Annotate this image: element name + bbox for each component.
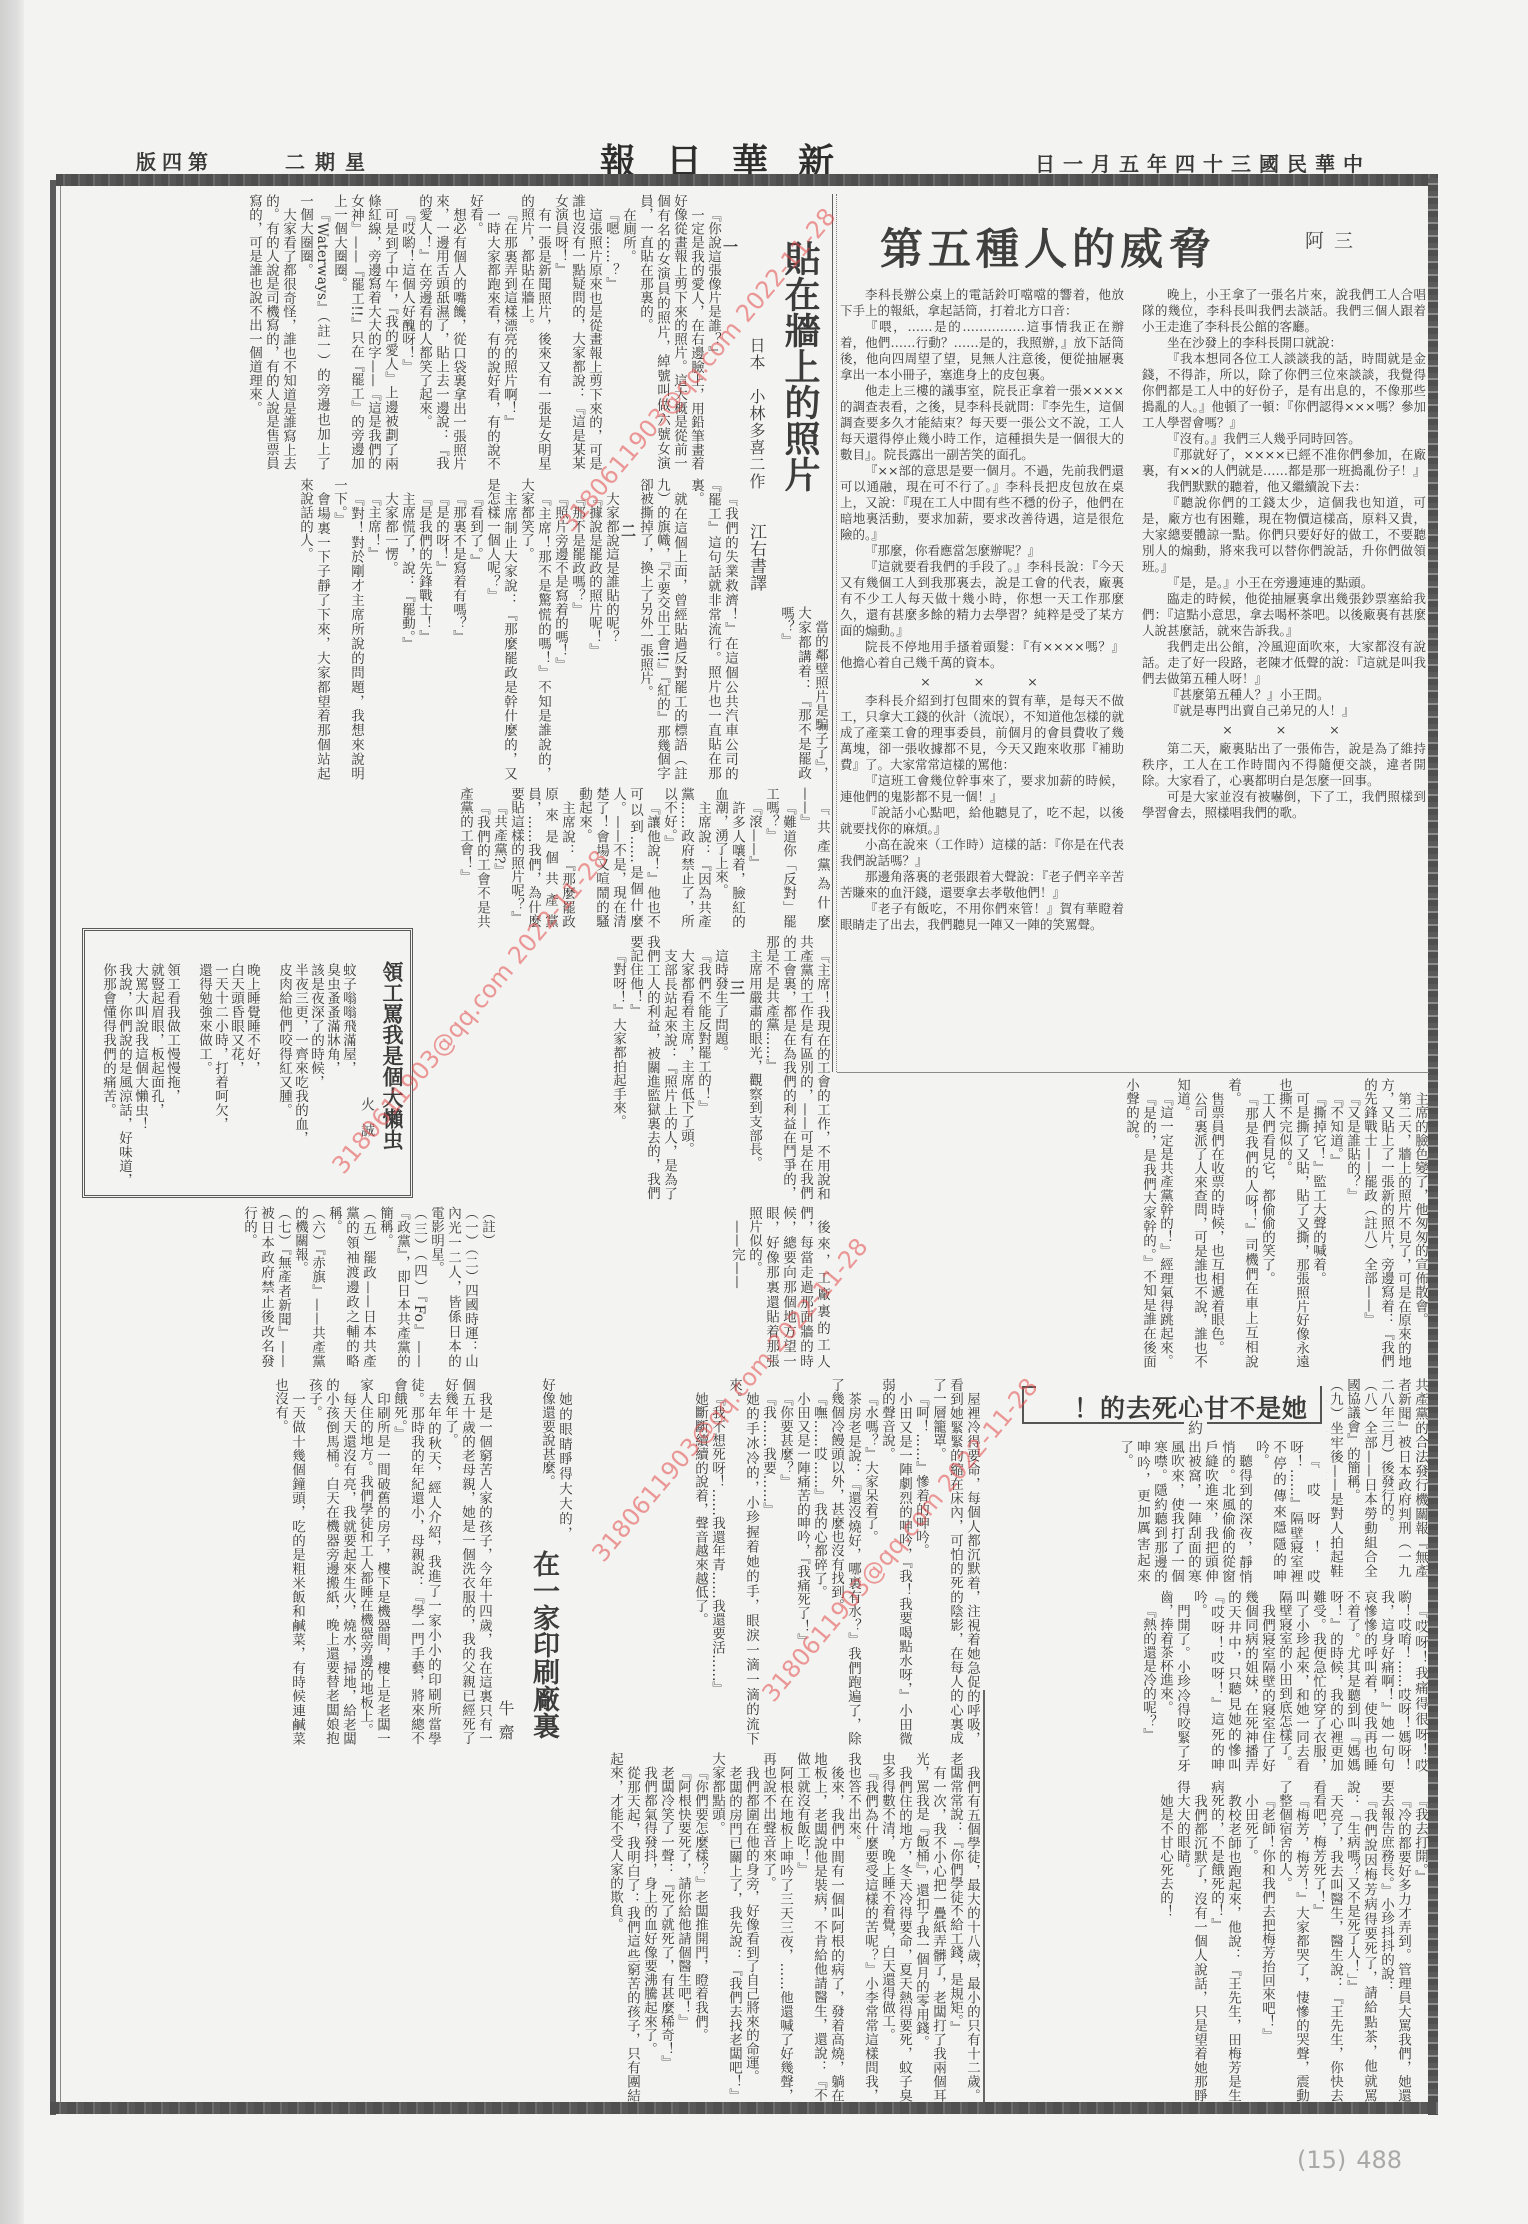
article-body-printing-1: 我是一個窮苦人家的孩子，今年十四歲，我在這裏只有一個五十歲的老母親，她是一個洗衣… [62, 1378, 492, 1745]
paragraph: 『哎喲！這個人好醜呀！』 [398, 194, 415, 470]
poem-line: 該是夜深了的時候， [308, 963, 324, 1191]
paragraph: 去年的秋天，經人介紹，我進了一家小小的印刷所當學徒。那時我的年紀還小，母親說：『… [390, 1378, 441, 1745]
paragraph: 我們有五個學徒，最大的十八歲，最小的只有十二歲。老闆常常說：『你們學徒不給工錢，… [946, 1752, 980, 2102]
paragraph: 我們住的地方，冬天冷得要命，夏天熱得要死，蚊子臭虫多得數不清，晚上睡不着覺，白天… [878, 1752, 912, 2102]
paragraph: 『我們不能反對罷工的！』 [694, 935, 711, 1200]
paragraph: 支部長站起來說：『照片上的人，是為了我們工人的利益，被關進監獄裏去的，我們要記住… [626, 935, 677, 1200]
paragraph: 主席用嚴肅的眼光，觀察到支部長。 [745, 935, 762, 1200]
poem-line: 白天頭昏眼又花， [228, 963, 244, 1191]
bottom-rule [50, 2102, 1438, 2114]
paragraph: 坐在沙發上的李科長開口就說： [1142, 335, 1426, 351]
paragraph: 『我們的失業救濟！』在這個公共汽車公司的『罷工』這句話就非常流行。照片也一直貼在… [687, 478, 738, 780]
article-body-she-2: 『哎呀！我痛得很呀！哎喲！哎唷！……哎呀！媽呀！我，這身好痛啊！』她一句句哀慘慘… [988, 1590, 1428, 1772]
paragraph: 後來，我們中間有一個叫阿根的病了，發着高燒，躺在地板上，老闆說他是裝病，不肯給他… [793, 1752, 844, 2102]
article-body-photo-4: 『主席！我現在的工會的工作，不用說和共產黨的工作是有區別的，——可是在我們的工會… [420, 935, 830, 1200]
paragraph: 在廁所。 [619, 194, 636, 470]
paragraph-sep: × × × [840, 674, 1124, 690]
paragraph: 『我不想死呀！……我還年青……我還要活……』 [708, 1378, 725, 1745]
frame-right-border [1428, 178, 1438, 2115]
paragraph: 工人們看見它，都偷偷的笑了。 [1258, 1078, 1275, 1368]
poem-box: 領工罵我是個大懶虫 火誠 蚊子嗡嗡飛滿屋，臭虫蚤蚤滿牀角，該是夜深了的時候，半夜… [82, 928, 413, 1198]
article-body-she-1: 『哎呀！哎呀！……』隔壁寢室裡不停的傳來隱隱的呻吟。聽得到的深夜，靜悄悄的。北風… [988, 1440, 1320, 1583]
issue-date: 中華民國三十四年五月一日 [1035, 148, 1371, 177]
issue-number: (15) [1297, 2146, 1346, 2174]
paragraph: 一定是我的愛人，在右邊臉上，用鉛筆畫着好像從畫報上剪下來的照片。這大概是從前一個… [636, 194, 704, 470]
poem-line: 蚊子嗡嗡飛滿屋， [340, 963, 356, 1191]
paragraph: 『共產黨為什麼——』 [796, 787, 830, 928]
weekday: 星期二 [285, 146, 375, 175]
paragraph: 『說話小心點吧，給他聽見了，吃不起，以後就要找你的麻煩。』 [840, 805, 1124, 837]
paragraph: 『主席！』 [364, 478, 381, 780]
paragraph: 『哎呀！哎呀！……』隔壁寢室裡不停的傳來隱隱的呻吟。 [1252, 1440, 1320, 1583]
paragraph: 大家都看着主席，主席低下了頭。 [677, 935, 694, 1200]
paragraph: 他走上三樓的議事室，院長正拿着一張××××的調查表看，之後，見李科長就問：『李先… [840, 383, 1124, 463]
paragraph: 『我……我要……』 [759, 1378, 776, 1745]
paragraph: 會場裏一下子靜了下來，大家都望着那個站起來說話的人。 [296, 478, 330, 780]
footnote-note: （八）全部——日本勞動組合全國協議會』的簡稱。 [1343, 1378, 1377, 1578]
paragraph: 『就是專門出賣自己弟兄的人！』 [1142, 703, 1426, 719]
article-body-photo-2b: 當的鄰壁照片是騙子了』，大家都講着：『那不是罷政嗎？』 [740, 606, 828, 780]
paragraph: 『對！對於剛才主席所說的問題，我想來說明一下。』 [330, 478, 364, 780]
paragraph: 主席的臉色變了，他匆匆的宣佈散會。 [1411, 1078, 1428, 1368]
paragraph: 大家都一愣。 [381, 478, 398, 780]
article-body-fifth-col1: 李科長辦公桌上的電話鈴叮噹噹的響着，他放下手上的報紙，拿起話筒，打着北方口音：『… [840, 287, 1124, 1067]
paragraph: 大家看了都很奇怪，誰也不知道是誰寫上去的。有的人說是司機寫的，有的人說是售票員寫… [245, 194, 296, 470]
paragraph: 『撕掉它！』監工大聲的喊着。 [1309, 1078, 1326, 1368]
article-headline-fifth: 第五種人的威脅 [880, 216, 1216, 277]
paragraph-section: 二 [619, 478, 636, 780]
paragraph-sep: × × × [1142, 722, 1426, 738]
paragraph: 『甚麼第五種人？』小王問。 [1142, 687, 1426, 703]
paragraph: 『看到了。』 [466, 478, 483, 780]
paragraph: 公司裏派了人來查問，可是誰也不說，誰也不知道。 [1173, 1078, 1207, 1368]
paragraph: 想必有個人的嘴饞，從口袋裏拿出一張照片來，一邊用舌頭舐濕了，貼上去一邊說：『我的… [415, 194, 466, 470]
paragraph: 天亮了，我去叫醫生，醫生說：『王先生，你快去看看吧，梅芳死了！』 [1309, 1780, 1343, 2102]
article-byline: 日本 小林多喜二作 [746, 337, 766, 490]
paragraph: 每天天還沒有亮，我就要起來生火，燒水，掃地，給老闆的小孩倒馬桶。白天在機器旁邊搬… [305, 1378, 356, 1745]
footnote-note: （七）『無產者新聞』——被日本政府禁止後改名發行的。 [240, 1206, 291, 1368]
paragraph: 那邊角落裏的老張跟着大聲說：『老子們辛辛苦苦賺來的血汗錢，還要拿去孝敬他們！』 [840, 869, 1124, 901]
paragraph: 『是的呀！』 [432, 478, 449, 780]
paragraph: 『哎呀！我痛得很呀！哎喲！哎唷！……哎呀！媽呀！我，這身好痛啊！』她一句句哀慘慘… [1275, 1590, 1428, 1772]
footnote-note: （三）（四）『Fo』——『政黨』，即日本共產黨的簡稱。 [376, 1206, 427, 1368]
poem-line: 還得勉強來做工。 [196, 963, 212, 1191]
paragraph: 『共產黨?』 [490, 787, 507, 928]
paragraph: 我們都氣得發抖，身上的血好像要沸騰起來了。 [640, 1752, 657, 2102]
paragraph: 『你要甚麼？』 [776, 1378, 793, 1745]
paragraph: 小田又是一陣痛苦的呻吟，『我痛死了！』 [793, 1378, 810, 1745]
paragraph: 這張照片原來也是從畫報上剪下來的，可是誰也沒有一點疑問的，大家都說：『這是某某女… [551, 194, 602, 470]
article-body-fifth-col2: 晚上，小王拿了一張名片來，說我們工人合唱隊的幾位，李科長叫我們去談話。我們三個人… [1142, 287, 1426, 1067]
footnote-note: （五）罷政——日本共產黨的領袖渡邊政之輔的略稱。 [325, 1206, 376, 1368]
paragraph: 李科長辦公桌上的電話鈴叮噹噹的響着，他放下手上的報紙，拿起話筒，打着北方口音： [840, 287, 1124, 319]
article-footnotes-cont: 共產黨的合法發行機關報『無產者新聞』被日本政府判刑（一九二八年三月）後發行的。（… [1326, 1378, 1428, 1578]
paragraph: 『你說這張像片是誰？』 [704, 194, 721, 470]
paragraph: 『嘸……哎……』我的心都碎了。 [810, 1378, 827, 1745]
paragraph: 『是的，是我們大家幹的。』不知是誰在後面小聲的說。 [1122, 1078, 1156, 1368]
paragraph: 第二天，廠裏貼出了一張佈告，說是為了維持秩序，工人在工作時間內不得隨便交談，違者… [1142, 741, 1426, 789]
poem-line: 領工看我做工慢慢拖， [164, 963, 180, 1191]
paragraph: 李科長介紹到打包間來的賀有華，是每天不做工，只拿大工錢的伙計（流氓），不知道他怎… [840, 693, 1124, 773]
frame-left-hairline [60, 186, 61, 2102]
paragraph: 她的手冰冷的，小珍握着她的手，眼淚一滴一滴的流下來。 [725, 1378, 759, 1745]
paragraph: 晚上，小王拿了一張名片來，說我們工人合唱隊的幾位，李科長叫我們去談話。我們三個人… [1142, 287, 1426, 335]
paragraph-section: 一 [721, 194, 738, 470]
paragraph: 『對呀！』大家都拍起手來。 [609, 935, 626, 1200]
footnote-note: （六）『赤旗』——共產黨的機關報。 [291, 1206, 325, 1368]
paragraph: 她是不甘心死去的！ [1156, 1780, 1173, 2102]
paragraph: 我們都沉默了，沒有一個人說話，只是望着她那睜得大大的眼睛。 [1173, 1780, 1207, 2102]
paragraph: 可是到了中午，『我的愛人』上邊被劃了兩條紅線，旁邊寫着大大的字——『這是我們的女… [330, 194, 398, 470]
paragraph: 我們默默的聽着，他又繼續說下去： [1142, 479, 1426, 495]
paragraph: 一時大家都跑來看，有的說好看，有的說不好看。 [466, 194, 500, 470]
paragraph: 她斷斷續續的說着，聲音越來越低了。 [691, 1378, 708, 1745]
paragraph: 『那裏不是寫着有嗎？』 [449, 478, 466, 780]
paragraph: 『你們要怎麼樣？』老闆推開門，瞪着我們。 [691, 1752, 708, 2102]
paragraph: 『老師！你和我們去把梅芳抬回來吧！』 [1258, 1780, 1275, 2102]
paragraph: 『主席！那不是驚慌的嗎！』不知是誰說的，大家都笑了。 [517, 478, 551, 780]
paragraph: 茶房老是說：『還沒燒好，哪裏有水？』我們跑遍了，除了幾個冷饅頭以外，甚麼也沒有找… [827, 1378, 861, 1745]
paragraph: 『喂，……是的……………這事情我正在辦着，他們……行動？……是的，我照辦，』放下… [840, 319, 1124, 383]
paragraph: 有一張是新聞照片，後來又有一張是女明星的照片，都貼在牆上。 [517, 194, 551, 470]
paragraph: 『滾——』 [745, 787, 762, 928]
article-headline-photo: 貼在牆上的照片 [778, 240, 822, 492]
article-body-printing-2: 我們有五個學徒，最大的十八歲，最小的只有十二歲。老闆常常說：『你們學徒不給工錢，… [62, 1752, 980, 2102]
paragraph: 我們走出公館，冷風迎面吹來，大家都沒有說話。走了好一段路，老陳才低聲的說：『這就… [1142, 639, 1426, 687]
footnote-note: 共產黨的合法發行機關報『無產者新聞』被日本政府判刑（一九二八年三月）後發行的。 [1377, 1378, 1428, 1578]
paragraph: 『沒有。』我們三人幾乎同時回答。 [1142, 431, 1426, 447]
poem-line-gap [180, 963, 196, 1191]
paragraph: 主席慌了，說：『罷動。』 [398, 478, 415, 780]
article-author: 約 [1184, 1417, 1207, 1438]
paragraph: 『我本想同各位工人談談我的話，時間就是金錢，不得詐，所以，除了你們三位來談談，我… [1142, 351, 1426, 431]
article-body-photo-1: 一『你說這張像片是誰？』一定是我的愛人，在右邊臉上，用鉛筆畫着好像從畫報上剪下來… [62, 194, 738, 470]
frame-left-border [50, 180, 56, 2115]
article-body-she-4: 屋裡冷得要命，每個人都沉默着，注視着她急促的呼吸，看到她緊緊的縮在床內，可怕的死… [576, 1378, 980, 1745]
page-number: (15)488 [1297, 2146, 1412, 2174]
paragraph: 印刷所是一間破舊的房子，樓下是機器間，樓上是老闆一家人住的地方。我們學徒和工人都… [356, 1378, 390, 1745]
article-body-photo-6: 後來，工廠裏的工人們，每當走過那面牆的時候，總要向那個地方望一眼，好像那裏還貼着… [500, 1206, 830, 1368]
paragraph: 屋裡冷得要命，每個人都沉默着，注視着她急促的呼吸，看到她緊緊的縮在床內，可怕的死… [929, 1378, 980, 1745]
paragraph: 『我去打開。』 [1411, 1780, 1428, 2102]
paragraph: 阿根在地板上呻吟了三天三夜，……他還喊了好幾聲，再也說不出聲音來了。 [759, 1752, 793, 2102]
paragraph: 『在那裏弄到這樣漂亮的照片啊！』 [500, 194, 517, 470]
paragraph: 她的眼睛睜得大大的，好像還要說甚麼。 [538, 1378, 572, 1540]
poem-lines: 蚊子嗡嗡飛滿屋，臭虫蚤蚤滿牀角，該是夜深了的時候，半夜三更，一齊來吃我的血，皮肉… [98, 963, 356, 1191]
article-author: 阿三 [1305, 226, 1363, 253]
footnote-note: （註） [478, 1206, 495, 1368]
paragraph: 有一次，我不小心把一疊紙弄髒了，老闆打了我兩個耳光，罵我是『飯桶』，還扣了我一個… [912, 1752, 946, 2102]
column-divider [983, 1690, 985, 2102]
paragraph: 『熱的還是冷的呢？』 [1139, 1590, 1156, 1772]
paragraph: 『據說是罷政的照片呢！』 [585, 478, 602, 780]
poem-title: 領工罵我是個大懶虫 [380, 961, 404, 1150]
poem-line-gap [260, 963, 276, 1191]
folio-number: 488 [1356, 2146, 1402, 2174]
paragraph: 大家都說這是誰貼的呢？ [602, 478, 619, 780]
paragraph: 『水嗎？』大家呆着了。 [861, 1378, 878, 1745]
paragraph: ——完—— [728, 1206, 745, 1368]
paragraph: 小高在說來（工作時）這樣的話：『你是在代表我們說話嗎？』 [840, 837, 1124, 869]
paragraph: 可是撕了又貼，貼了又撕，那張照片好像永遠也撕不完似的。 [1275, 1078, 1309, 1368]
paragraph: 『我們為什麼要受這樣的苦呢？』小李常常這樣問我，我也答不出來。 [844, 1752, 878, 2102]
paragraph: 『那就好了，××××已經不准你們參加，在廠裏，有××的人們就是……都是那一班搗亂… [1142, 447, 1426, 479]
paragraph: 我們寢室隔壁的寢室住了好幾個同病的姐妹，在死神播弄的天井中，只聽見她的慘叫『哎呀… [1190, 1590, 1275, 1772]
paragraph: 許多人嚷着，臉紅的血潮，湧了上來。 [711, 787, 745, 928]
paragraph: 『呵！……』慘着的呻吟。 [912, 1378, 929, 1745]
article-author: 牛齋 [496, 1700, 514, 1748]
paragraph: 第二天，牆上的照片不見了，可是在原來的地方，又貼上了一張新的照片，旁邊寫着：『我… [1360, 1078, 1411, 1368]
poem-line: 臭虫蚤蚤滿牀角， [324, 963, 340, 1191]
article-translator: 江右書譯 [746, 523, 766, 591]
poem-line: 你那會懂得我們的痛苦。 [100, 963, 116, 1191]
paragraph: 『這班工會幾位幹事來了，要求加薪的時候，連他們的鬼影都不見一個！』 [840, 773, 1124, 805]
paragraph: 『那不是罷政嗎？』 [568, 478, 585, 780]
poem-line: 就豎起眉眼，板起面孔， [148, 963, 164, 1191]
paragraph: 『阿根快要死了，請你給他請個醫生吧！』 [674, 1752, 691, 2102]
paragraph: 『不知道。』 [1326, 1078, 1343, 1368]
paragraph: 『又是誰貼的？』 [1343, 1078, 1360, 1368]
paragraph: 『那是我們的人呀！』司機們在車上互相說着。 [1224, 1078, 1258, 1368]
article-body-she-5: 她的眼睛睜得大大的，好像還要說甚麼。 [500, 1378, 572, 1540]
poem-line: 半夜三更，一齊來吃我的血， [292, 963, 308, 1191]
paragraph: 主席說：『那麼罷政原來是個共產黨員，……我們，為什麼要貼這樣的照片呢？』 [507, 787, 575, 928]
paragraph: 『嗯……？』 [602, 194, 619, 470]
paragraph: 臨走的時候，他從抽屜裏拿出幾張鈔票塞給我們：『這點小意思，拿去喝杯茶吧。以後廠裏… [1142, 591, 1426, 639]
paragraph: 當的鄰壁照片是騙子了』，大家都講着：『那不是罷政嗎？』 [777, 606, 828, 780]
paragraph: 小田又是一陣劇烈的呻吟，『我！我要喝點水呀，』小田微弱的聲音說。 [878, 1378, 912, 1745]
paragraph: 一天做十幾個鐘頭，吃的是粗米飯和鹹菜，有時候連鹹菜也沒有。 [271, 1378, 305, 1745]
article-body-she-3: 『我去打開。』『冷的都要好多力才弄到。管理員大罵我們，她還要去報告庶務長。』小珍… [988, 1780, 1428, 2102]
paragraph: 『冷的都要好多力才弄到。管理員大罵我們，她還要去報告庶務長。』小珍抖抖的說： [1377, 1780, 1411, 2102]
paragraph: 這時發生了問題。 [711, 935, 728, 1200]
paragraph: 『讓他說！』他也不可以到……是個什麼人。——不是，現在清楚了！會場又喧鬧的騷動起… [575, 787, 660, 928]
paragraph: 可是大家並沒有被嚇倒，下了工，我們照樣到學習會去，照樣唱我們的歌。 [1142, 789, 1426, 821]
poem-line: 一天十二小時，打着呵欠， [212, 963, 228, 1191]
paragraph: 售票員們在收票的時候，也互相遞着眼色。 [1207, 1078, 1224, 1368]
article-headline-printing: 在一家印刷廠裏 [527, 1550, 559, 1739]
article-body-photo-2: 『我們的失業救濟！』在這個公共汽車公司的『罷工』這句話就非常流行。照片也一直貼在… [62, 478, 738, 780]
poem-author: 火誠 [357, 1097, 377, 1149]
paragraph: 『那麼，你看應當怎麼辦呢？』 [840, 543, 1124, 559]
paragraph: 門開了。小珍冷得咬緊了牙齒，捧着茶杯進來。 [1156, 1590, 1190, 1772]
paragraph: 從那天起，我明白了：我們這些窮苦的孩子，只有團結起來，才能不受人家的欺負。 [606, 1752, 640, 2102]
paragraph: 『梅芳，梅芳！』大家都哭了，悽慘的哭聲，震動了整個宿舍的人。 [1275, 1780, 1309, 2102]
paragraph: 『老子有飯吃，不用你們來管！』賀有華瞪着眼睛走了出去，我們聽見一陣又一陣的笑罵聲… [840, 901, 1124, 933]
article-body-photo-3: 『共產黨為什麼——』『難道你「反對」罷工嗎？』『滾——』許多人嚷着，臉紅的血潮，… [62, 787, 830, 928]
scan-edge-strip [0, 0, 24, 2224]
paragraph: 『是，是。』小王在旁邊連連的點頭。 [1142, 575, 1426, 591]
paragraph: 『我們說因梅芳病得要死了，請給點茶，他就罵說：「生病嗎？又不是死了人！」』 [1343, 1780, 1377, 2102]
poem-line: 大罵大叫說我這個大懶虫！ [132, 963, 148, 1191]
paragraph: 就在這個上面，曾經貼過反對罷工的標語（註九）的旗幟，『不要交出工會!!』『紅的』… [636, 478, 687, 780]
paragraph: 『主席！我現在的工會的工作，不用說和共產黨的工作是有區別的，——可是在我們的工會… [762, 935, 830, 1200]
top-rule [56, 174, 1438, 186]
paragraph: 『Waterways』（註一）的旁邊也加上了一個大圈圈。 [296, 194, 330, 470]
footnote-note: （一）（二）四國時運：山內光一二人，皆係日本的電影明星。 [427, 1206, 478, 1368]
paragraph: 老闆的房門已關上了，我先說：『我們去找老闆吧！』大家都點頭。 [708, 1752, 742, 2102]
paragraph: 聽得到的深夜，靜悄悄的。北風偷偷的從窗戶縫吹進來，我把頭伸出被窩，一陣刮面的寒風… [1116, 1440, 1252, 1583]
paragraph: 小田死了。 [1241, 1780, 1258, 2102]
poem-line: 晚上睡覺睡不好， [244, 963, 260, 1191]
article-title-box-she: 她是不甘心死去的！ [1022, 1386, 1322, 1424]
paragraph: 『聽說你們的工錢太少，這個我也知道，可是，廠方也有困難，現在物價這樣高，原料又貴… [1142, 495, 1426, 575]
paragraph: 『照片旁邊不是寫着的嗎！』 [551, 478, 568, 780]
paragraph: 老闆冷笑了一聲：『死了就死了，有甚麼稀奇！』 [657, 1752, 674, 2102]
paragraph: 我們都圍在他的身旁，好像看到了自己將來的命運。 [742, 1752, 759, 2102]
paragraph-section: 三 [728, 935, 745, 1200]
article-footnotes: （註）（一）（二）四國時運：山內光一二人，皆係日本的電影明星。（三）（四）『Fo… [62, 1206, 495, 1368]
section-divider [837, 1072, 1429, 1073]
poem-line: 我說，你們說的是風涼話，好味道， [116, 963, 132, 1191]
paragraph: 『這就要看我們的手段了。』李科長說：『今天又有幾個工人到我那裏去，說是工會的代表… [840, 559, 1124, 639]
paragraph: 我是一個窮苦人家的孩子，今年十四歲，我在這裏只有一個五十歲的老母親，她是一個洗衣… [441, 1378, 492, 1745]
paragraph: 『這一定是共產黨幹的！』經理氣得跳起來。 [1156, 1078, 1173, 1368]
paragraph: 主席說：『因為共產黨……政府禁止了，所以不好。』 [660, 787, 711, 928]
paragraph: 『難道你「反對」罷工嗎？』 [762, 787, 796, 928]
footnote-note: （九）坐牢後——是對人拍起鞋又拌在地上，使受其苦的監刑。 [1326, 1378, 1343, 1578]
column-divider [832, 194, 837, 1072]
paragraph: 院長不停地用手搔着頭髮：『有××××嗎？』他擔心着自己幾千萬的資本。 [840, 639, 1124, 671]
paragraph: 主席制止大家說：『那麼罷政是幹什麼的，又是怎樣一個人呢？』 [483, 478, 517, 780]
page-label: 第四版 [136, 146, 214, 175]
poem-line: 皮肉給他們咬得紅又腫。 [276, 963, 292, 1191]
paragraph: 後來，工廠裏的工人們，每當走過那面牆的時候，總要向那個地方望一眼，好像那裏還貼着… [745, 1206, 830, 1368]
paragraph: 『我們的工會不是共產黨的工會！』 [456, 787, 490, 928]
paragraph: 教校老師也跑起來，他說：『王先生，田梅芳是生病死的，不是餓死的！』 [1207, 1780, 1241, 2102]
paragraph: 『××部的意思是要一個月。不過，先前我們還可以通融，現在可不行了。』李科長把皮包… [840, 463, 1124, 543]
article-body-photo-5: 主席的臉色變了，他匆匆的宣佈散會。第二天，牆上的照片不見了，可是在原來的地方，又… [840, 1078, 1428, 1368]
paragraph: 『是我們的先鋒戰士！』 [415, 478, 432, 780]
